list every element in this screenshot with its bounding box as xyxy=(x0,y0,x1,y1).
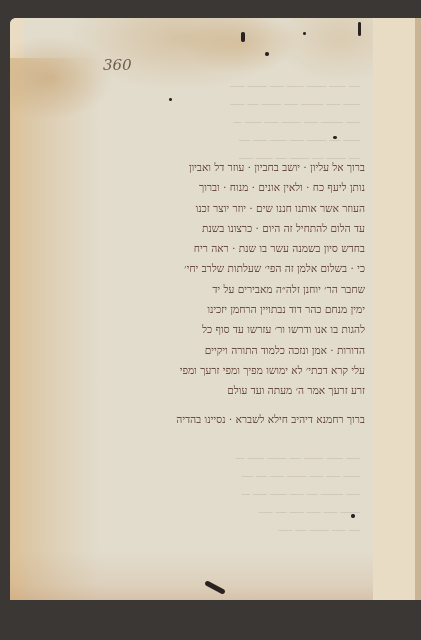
bleed-through-text: ـــــ ــــــــ ـــــ ـــــــ ـــــ ـــــ… xyxy=(100,114,360,127)
text-line: בחדש סיון בשמנה עשר בו שנת · ראה ריח xyxy=(150,239,365,259)
main-text-block: ברוך אל עליון · יושב בחביון · עוזר דל וא… xyxy=(150,158,365,402)
ink-spot xyxy=(265,52,269,56)
text-line: נותן ליעף כח · ולאין אונים · מנוח · וברו… xyxy=(150,178,365,198)
facing-page-gutter xyxy=(373,18,415,622)
text-line: שחבר הר׳ יוחנן זלה״ה מאבירים על יד xyxy=(150,280,365,300)
bleed-through-text: ـــــ ــــــ ـــــــ ــــ ـــــــ ــــــ… xyxy=(100,450,360,463)
bleed-through-text: ــــ ـــــ ـــــــ ــــ ـــــ xyxy=(100,522,360,535)
bleed-through-text: ــــــ ـــــ ــــــــ ـــــ ـــــــ ــــ… xyxy=(100,96,360,109)
ink-spot xyxy=(169,98,172,101)
ink-spot xyxy=(351,514,355,518)
text-line: זרע זרעך אמר ה׳ מעתה ועד עולם xyxy=(150,381,365,401)
closing-line: ברוך רחמנא דיהיב חילא לשברא · נסיינו בהד… xyxy=(110,414,365,426)
bleed-through-text: ـــــــ ـــــ ـــــ ـــــ ــــ ـــــ xyxy=(100,504,360,517)
bleed-through-text: ـــــ ــــــــ ــــ ـــــ ــــــ ـــــ ـ… xyxy=(100,486,360,499)
bleed-through-text: ــــــ ــــ ـــــــ ـــــ ــــــ ـــــ ـ… xyxy=(100,132,360,145)
bleed-through-text: ــــــ ـــــ ـــــ ـــــــ ـــــ ــــ ــ… xyxy=(100,468,360,481)
ink-mark xyxy=(241,32,245,42)
torn-edge xyxy=(130,618,190,622)
text-line: כי · בשלום אלמן זה הפי׳ שעלתות שלרב יחי׳ xyxy=(150,259,365,279)
text-line: עלי קרא דכתי׳ לא ימושו מפיך ומפי זרעך ומ… xyxy=(150,361,365,381)
ink-mark xyxy=(358,22,361,36)
bleed-through-text: ــــ ــــــ ـــــــ ــــــ ـــــ ـــــــ… xyxy=(100,78,360,91)
water-stain-top xyxy=(10,18,373,168)
folio-number: 360 xyxy=(103,56,132,74)
text-line: עד הלום להתחיל זה היום · כרצונו בשנת xyxy=(150,219,365,239)
ink-spot xyxy=(303,32,306,35)
binding-edge xyxy=(415,18,421,622)
text-line: העוזר אשר אותנו חננו שים · יוזר יוצר זכנ… xyxy=(150,199,365,219)
text-line: ימין מנחם כהר דוד נבתויין הרחמן יזכינו xyxy=(150,300,365,320)
text-line: ברוך אל עליון · יושב בחביון · עוזר דל וא… xyxy=(150,158,365,178)
torn-edge xyxy=(335,604,370,622)
torn-edge xyxy=(195,614,225,622)
text-line: הדורות · אמן ונזכה כלמוד התורה ויקיים xyxy=(150,341,365,361)
ink-spot xyxy=(333,136,337,139)
text-line: להגות בו אנו ודרשו ור׳ עזרשו עד סוף כל xyxy=(150,320,365,340)
